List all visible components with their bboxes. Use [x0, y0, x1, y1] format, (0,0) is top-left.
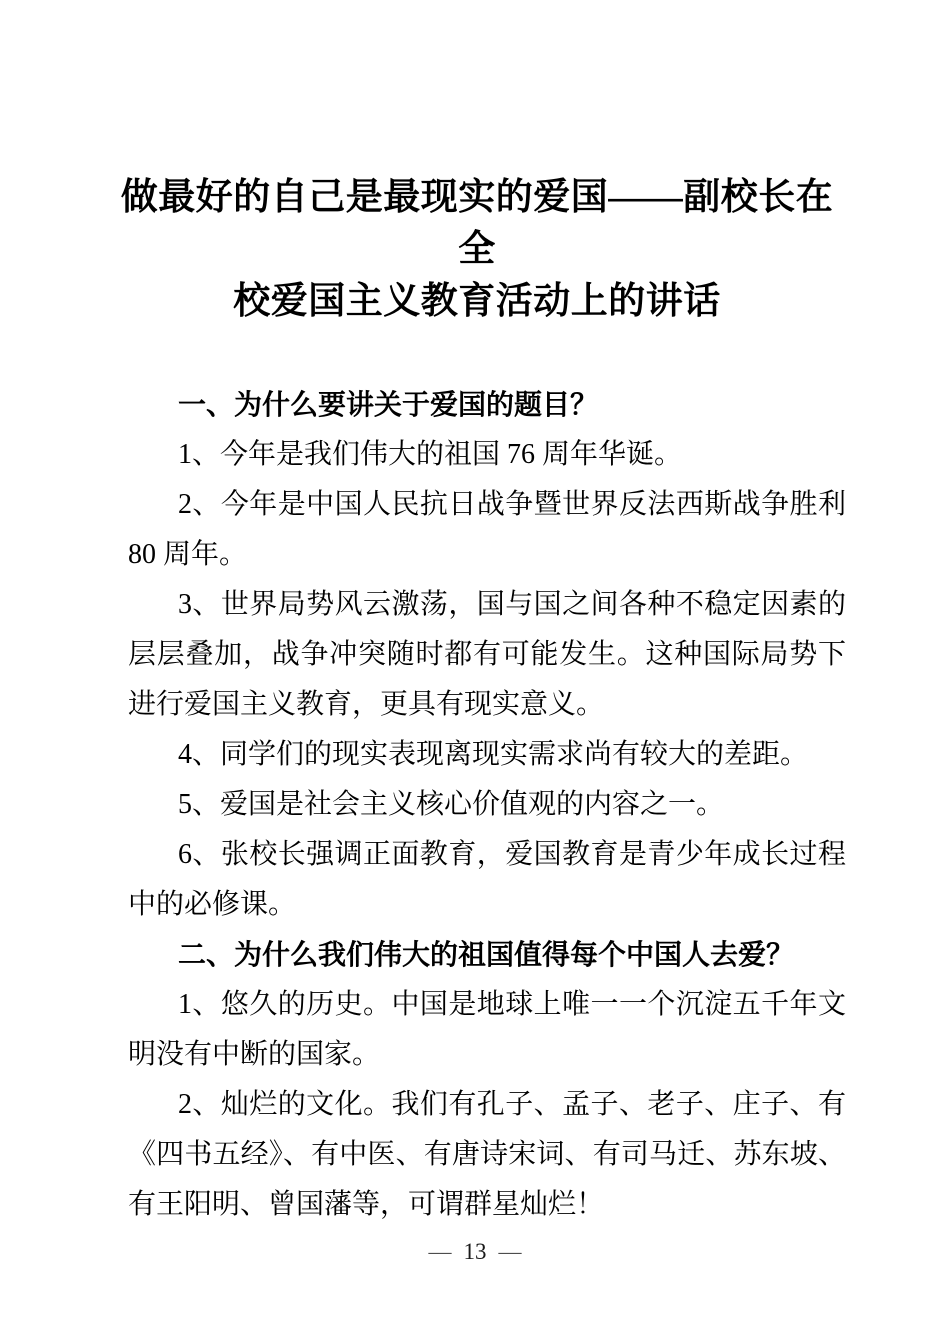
page-number-dash-left: — [429, 1239, 452, 1264]
paragraph: 4、同学们的现实表现离现实需求尚有较大的差距。 [128, 730, 846, 780]
document-page: 做最好的自己是最现实的爱国——副校长在全 校爱国主义教育活动上的讲话 一、为什么… [0, 0, 950, 1344]
document-title: 做最好的自己是最现实的爱国——副校长在全 校爱国主义教育活动上的讲话 [0, 0, 950, 328]
document-body: 一、为什么要讲关于爱国的题目？ 1、今年是我们伟大的祖国 76 周年华诞。 2、… [128, 380, 846, 1230]
paragraph: 6、张校长强调正面教育，爱国教育是青少年成长过程中的必修课。 [128, 830, 846, 930]
section-heading: 一、为什么要讲关于爱国的题目？ [128, 380, 846, 430]
paragraph: 3、世界局势风云激荡，国与国之间各种不稳定因素的层层叠加，战争冲突随时都有可能发… [128, 580, 846, 730]
paragraph: 1、悠久的历史。中国是地球上唯一一个沉淀五千年文明没有中断的国家。 [128, 980, 846, 1080]
paragraph: 1、今年是我们伟大的祖国 76 周年华诞。 [128, 430, 846, 480]
page-number-dash-right: — [499, 1239, 522, 1264]
page-number-value: 13 [464, 1239, 487, 1264]
document-title-line-2: 校爱国主义教育活动上的讲话 [233, 281, 721, 322]
paragraph: 2、今年是中国人民抗日战争暨世界反法西斯战争胜利 80 周年。 [128, 480, 846, 580]
paragraph: 5、爱国是社会主义核心价值观的内容之一。 [128, 780, 846, 830]
paragraph: 2、灿烂的文化。我们有孔子、孟子、老子、庄子、有《四书五经》、有中医、有唐诗宋词… [128, 1080, 846, 1230]
document-title-line-1: 做最好的自己是最现实的爱国——副校长在全 [121, 177, 834, 270]
page-number: —13— [0, 1238, 950, 1266]
section-heading: 二、为什么我们伟大的祖国值得每个中国人去爱？ [128, 930, 846, 980]
